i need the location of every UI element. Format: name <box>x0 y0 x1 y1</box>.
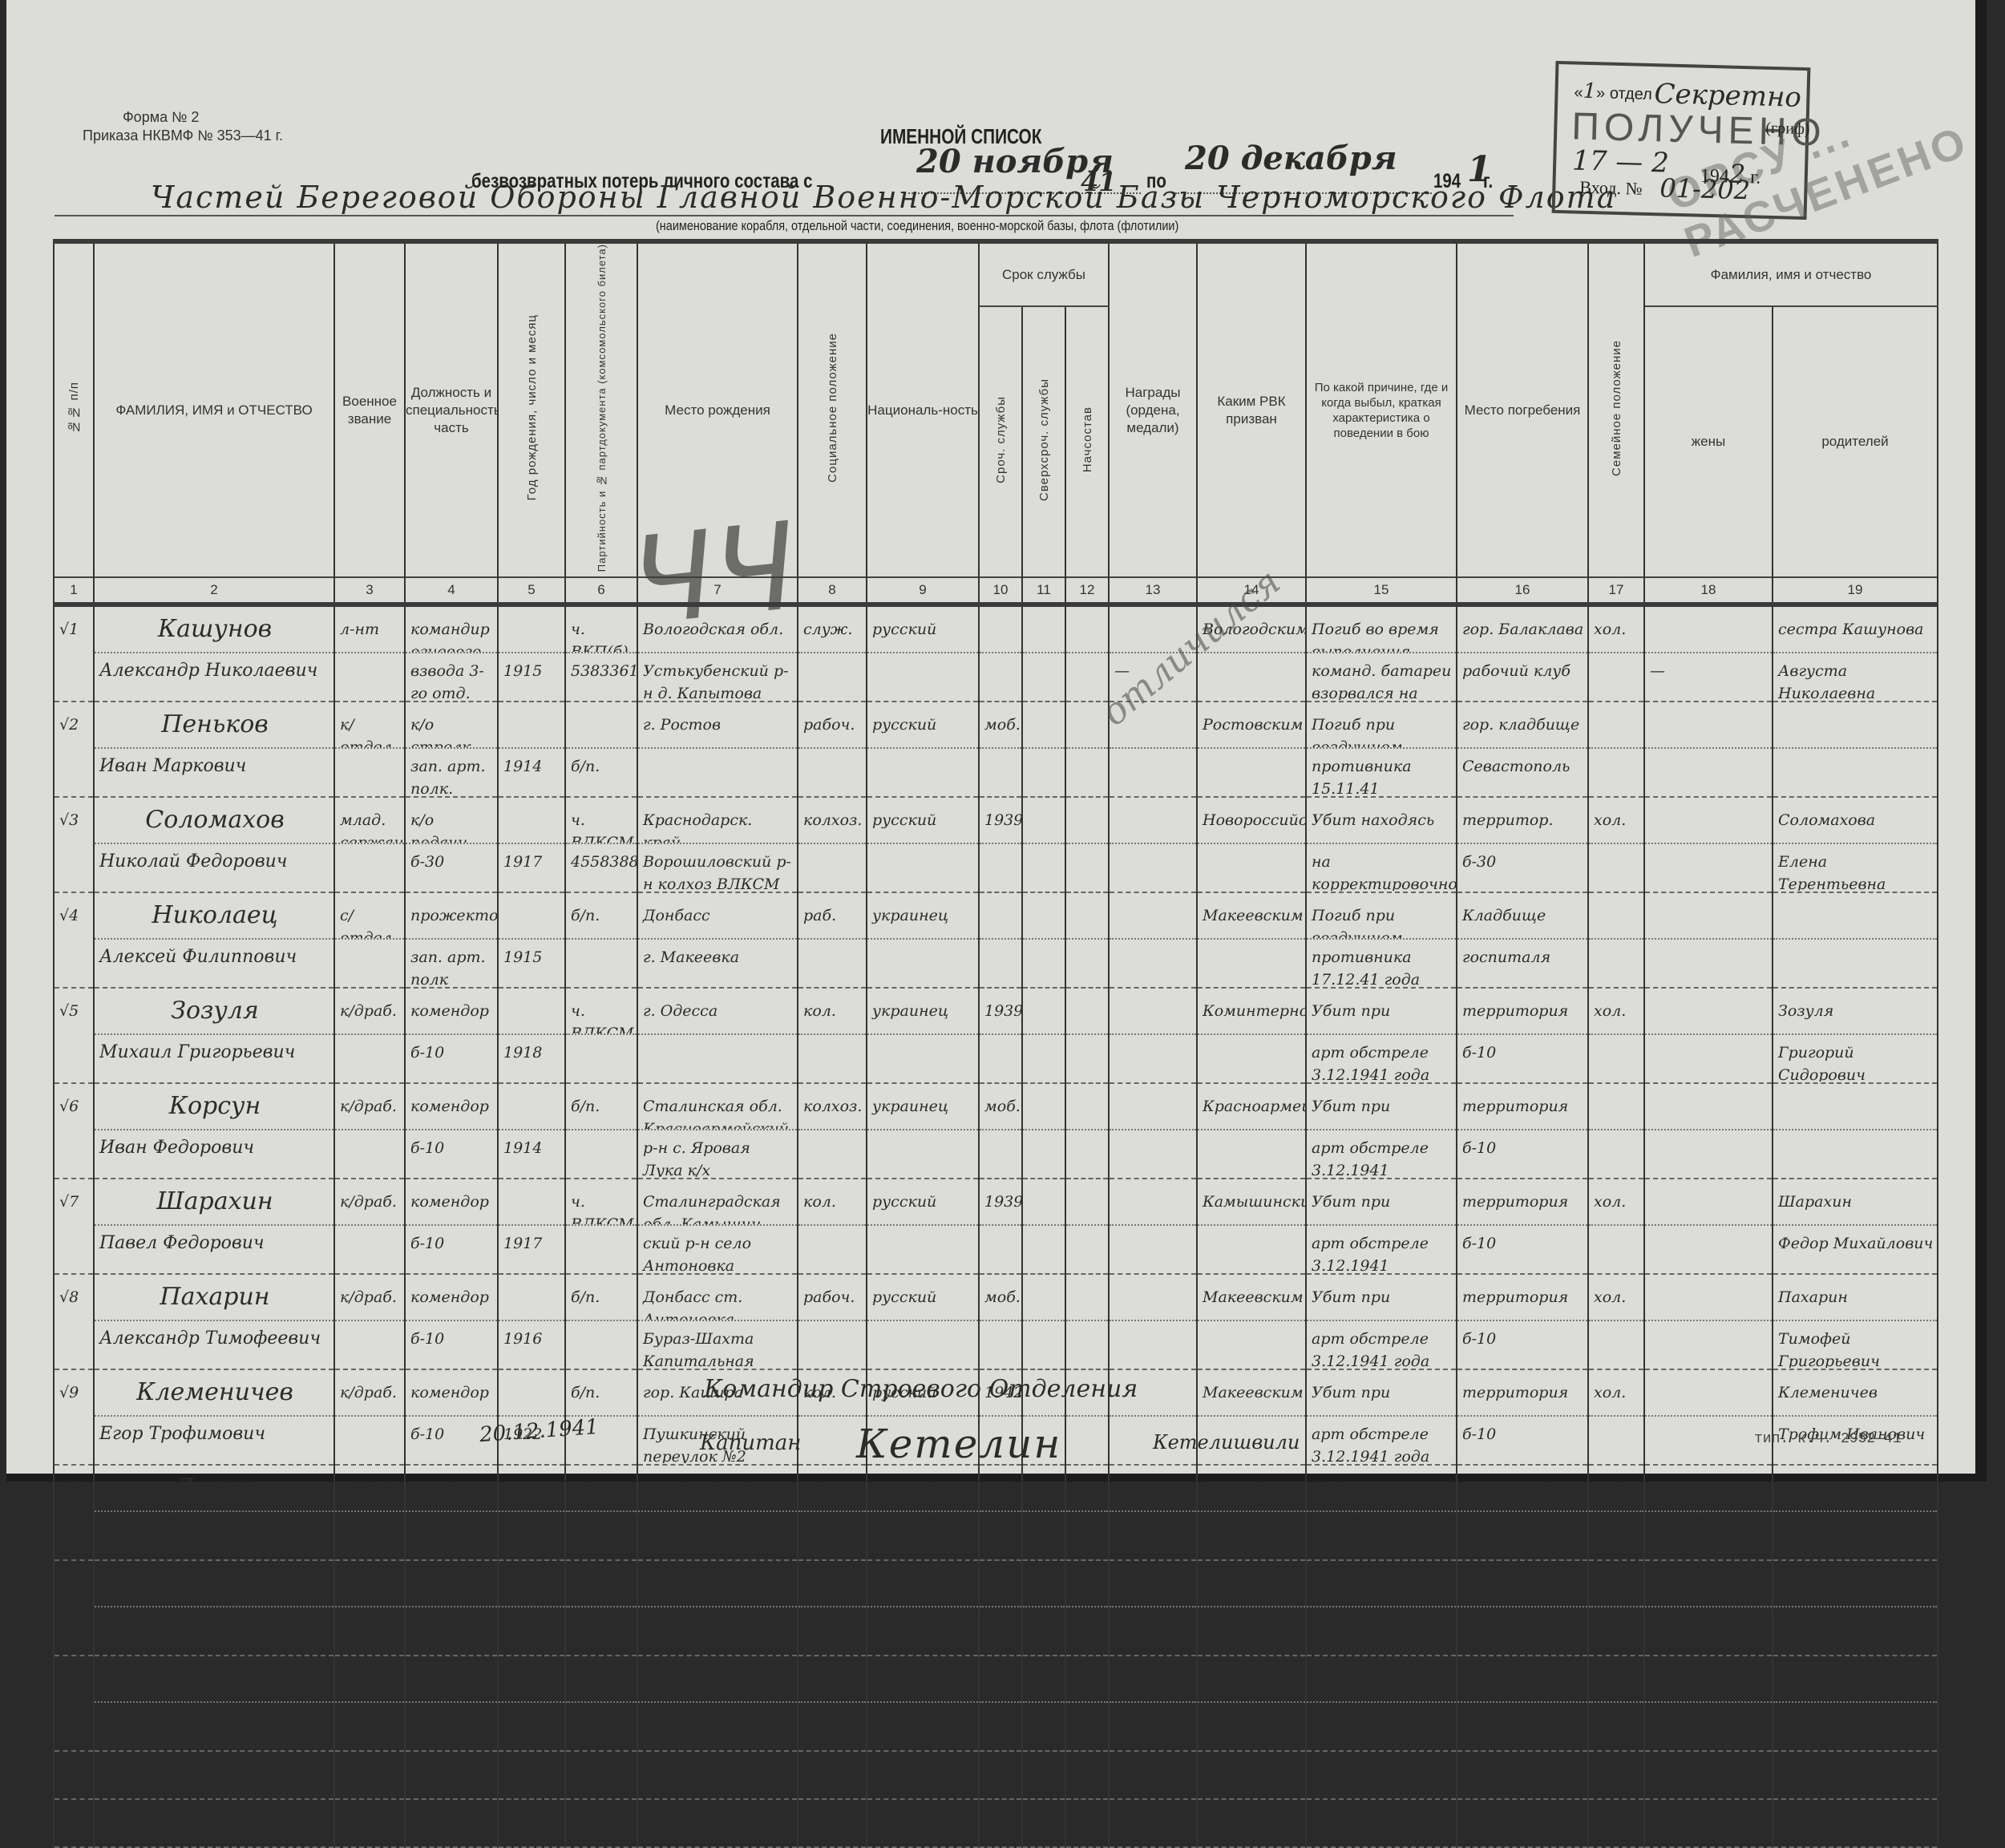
cell-birthplace: гор. ГорловкаДобрищукская 21 <box>637 1465 798 1492</box>
cell-line: Ворошиловский р-н колхоз ВЛКСМ <box>638 844 797 891</box>
cell-line: 1916 <box>499 1321 564 1368</box>
cell-party: б/п. <box>565 702 637 797</box>
cell-line: зап. арт. полк. <box>406 749 497 795</box>
cell-line: комендор <box>406 1084 497 1130</box>
group-header-service: Срок службы <box>979 241 1109 306</box>
cell-line <box>1066 893 1108 940</box>
cell-line <box>1066 1084 1108 1130</box>
cell-line: Убит при <box>1307 989 1456 1035</box>
cell-line: ч. ВЛКСМ <box>566 989 637 1035</box>
cell-line: Елена Терентьевна <box>1773 844 1937 891</box>
cell-line <box>1198 1321 1305 1368</box>
signature-title: Командир Строевого Отделения <box>704 1375 1138 1403</box>
cell-line <box>1066 1321 1108 1368</box>
cell-family: хол. <box>1588 1274 1644 1369</box>
cell-line <box>1023 607 1065 653</box>
cell-line: хол. <box>1589 1370 1643 1417</box>
cell-line: г. Ростов <box>638 702 797 749</box>
col-num: 5 <box>498 577 565 605</box>
cell-line: Горловским <box>1198 1466 1305 1492</box>
cell-line: Убит находясь <box>1307 798 1456 844</box>
cell-line <box>867 940 978 986</box>
cell-line <box>980 1321 1021 1368</box>
cell-idx: √3 <box>54 797 94 892</box>
margin-mark: ЧЧ <box>625 497 803 653</box>
col-header-9: Националь-ность <box>867 241 979 577</box>
cell-line <box>1645 702 1772 749</box>
cell-line: Августа Николаевна <box>1773 653 1937 700</box>
cell-line: б/п. <box>566 1275 637 1321</box>
cell-line <box>1023 702 1065 749</box>
cell-line: Макеевским <box>1198 893 1305 940</box>
cell-line: кол. <box>798 1179 866 1226</box>
col-header-19: родителей <box>1773 306 1938 577</box>
cell-line <box>55 1035 93 1082</box>
cell-line <box>1589 1130 1643 1177</box>
cell-c10: моб. <box>979 1274 1022 1369</box>
cell-line: команд. батареи взорвался на минированно… <box>1307 653 1456 700</box>
cell-c11 <box>1022 605 1065 702</box>
cell-rvk: Макеевским <box>1197 1274 1306 1369</box>
cell-burial: гор. Балаклаварабочий клуб <box>1457 605 1588 702</box>
cell-line <box>1645 1179 1772 1226</box>
stamp-date: 17 — 2 <box>1572 144 1670 179</box>
cell-line: 4558388 <box>566 844 637 891</box>
cell-line: гор. кладбище <box>1457 702 1587 749</box>
cell-line <box>566 1226 637 1272</box>
cell-parents <box>1773 1083 1938 1179</box>
cell-idx: √5 <box>54 988 94 1083</box>
cell-parents <box>1773 702 1938 797</box>
cell-line <box>867 1130 978 1177</box>
cell-line <box>980 607 1021 653</box>
cell-party: ч. ВЛКСМ <box>565 1179 637 1274</box>
cell-line: Убит при <box>1307 1179 1456 1226</box>
cell-line: рабоч. <box>798 1275 866 1321</box>
cell-line: хол. <box>1589 1275 1643 1321</box>
col-num: 19 <box>1773 577 1938 605</box>
surname: Пахарин <box>95 1275 333 1321</box>
cell-line: Григорий Сидорович <box>1773 1035 1937 1082</box>
cell-c12 <box>1065 1083 1109 1179</box>
cell-reason: Убит приарт обстреле 3.12.1941 <box>1306 1179 1457 1274</box>
cell-line <box>1589 702 1643 749</box>
cell-c12 <box>1065 702 1109 797</box>
cell-line: хол. <box>1589 1179 1643 1226</box>
cell-line: г. Одесса <box>638 989 797 1035</box>
cell-line: колхоз. <box>798 1084 866 1130</box>
cell-name: ЛысакНиколай Федорович <box>94 1465 334 1492</box>
cell-line <box>1589 1321 1643 1368</box>
cell-line <box>1110 989 1196 1035</box>
cell-reason: Убит находясьна корректировочном посту 2… <box>1306 797 1457 892</box>
cell-line <box>1110 749 1196 795</box>
cell-nationality: русский <box>867 1274 979 1369</box>
cell-nationality: украинец <box>867 892 979 988</box>
cell-line <box>1589 749 1643 795</box>
cell-parents <box>1773 892 1938 988</box>
cell-line: √2 <box>55 702 93 749</box>
cell-line <box>1110 1466 1196 1492</box>
cell-line: на корректировочном посту 25.11.41 года <box>1307 844 1456 891</box>
cell-line <box>1023 1179 1065 1226</box>
surname: Клеменичев <box>95 1370 333 1417</box>
cell-line: 1939 <box>980 798 1021 844</box>
cell-c12 <box>1065 1465 1109 1492</box>
col-num: 10 <box>979 577 1022 605</box>
cell-position: комендорб-10 <box>405 1274 498 1369</box>
cell-line: ский р-н село Антоновка <box>638 1226 797 1272</box>
cell-birthplace: Сталинская обл. Красноармейскийр-н с. Яр… <box>637 1083 798 1179</box>
cell-reason: Убит приарт обстреле 3.12.1941 года <box>1306 988 1457 1083</box>
group-header-names: Фамилия, имя и отчество <box>1644 241 1938 306</box>
cell-birthplace: Краснодарск. крайВорошиловский р-н колхо… <box>637 797 798 892</box>
stamp-incoming-number: 01-202 <box>1659 172 1751 205</box>
cell-line <box>1645 844 1772 891</box>
cell-line <box>1066 989 1108 1035</box>
cell-reason: Погиб во время выполнения заданиякоманд.… <box>1306 605 1457 702</box>
check-mark-icon: √ <box>59 1384 69 1401</box>
cell-party: ч. ВКП(б)5383361 <box>565 605 637 702</box>
row-number: 6 <box>69 1098 79 1115</box>
cell-line: арт обстреле 3.12.1941 <box>1307 1226 1456 1272</box>
cell-line <box>1645 940 1772 986</box>
cell-line: 1915 <box>499 940 564 986</box>
row-number: 9 <box>69 1384 79 1401</box>
unit-caption: (наименование корабля, отдельной части, … <box>656 218 1178 234</box>
cell-family: хол. <box>1588 1179 1644 1274</box>
cell-idx: √1 <box>54 605 94 702</box>
cell-line: противника 17.12.41 года <box>1307 940 1456 986</box>
cell-line <box>1589 1084 1643 1130</box>
cell-name: КлеменичевЕгор Трофимович <box>94 1369 334 1465</box>
cell-position: к/о подачиб-30 <box>405 797 498 892</box>
cell-line: русский <box>867 1179 978 1226</box>
cell-line: госпиталя <box>1457 940 1587 986</box>
cell-line <box>1645 1466 1772 1492</box>
cell-line <box>1023 844 1065 891</box>
cell-line: р-н с. Яровая Лука к/х Ворошилова <box>638 1130 797 1177</box>
surname: Пеньков <box>95 702 333 749</box>
cell-name: СоломаховНиколай Федорович <box>94 797 334 892</box>
cell-born: 1916 <box>498 1274 565 1369</box>
cell-social: колхоз. <box>798 797 867 892</box>
cell-c10 <box>979 892 1022 988</box>
cell-social: рабоч. <box>798 1274 867 1369</box>
cell-c12 <box>1065 988 1109 1083</box>
cell-line <box>1023 1466 1065 1492</box>
cell-line <box>55 653 93 700</box>
form-order: Приказа НКВМФ № 353—41 г. <box>83 127 283 145</box>
cell-c12 <box>1065 1179 1109 1274</box>
cell-line: √8 <box>55 1275 93 1321</box>
cell-rank: к/драб. <box>334 1083 405 1179</box>
given-name: Павел Федорович <box>95 1226 333 1272</box>
cell-line <box>980 749 1021 795</box>
cell-line <box>335 653 404 700</box>
cell-line: хол. <box>1589 798 1643 844</box>
cell-reason: Убит приарт обстреле 3.12.1941 года <box>1306 1369 1457 1465</box>
cell-c10: 1939 <box>979 797 1022 892</box>
cell-line: б/п. <box>566 1370 637 1417</box>
cell-parents: ЗозуляГригорий Сидорович <box>1773 988 1938 1083</box>
cell-line: б-10 <box>406 1321 497 1368</box>
cell-line <box>55 1130 93 1177</box>
cell-line <box>867 749 978 795</box>
col-header-11: Сверхсроч. службы <box>1022 306 1065 577</box>
cell-line: б/п. <box>566 749 637 795</box>
cell-line <box>55 844 93 891</box>
cell-position: командир огневоговзвода 3-го отд. <box>405 605 498 702</box>
cell-line <box>1773 893 1937 940</box>
cell-party: ч. ВЛКСМ4558388 <box>565 797 637 892</box>
cell-line <box>335 1035 404 1082</box>
cell-line <box>499 1179 564 1226</box>
cell-rvk: Новороссийским <box>1197 797 1306 892</box>
table-row: √5ЗозуляМихаил Григорьевичк/драб.комендо… <box>54 988 1938 1083</box>
check-mark-icon: √ <box>59 811 69 829</box>
cell-line <box>1110 1275 1196 1321</box>
cell-born: 1915 <box>498 605 565 702</box>
cell-rank: млад. сержант <box>334 797 405 892</box>
cell-parents: ШарахинФедор Михайлович <box>1773 1179 1938 1274</box>
cell-line <box>867 1321 978 1368</box>
signature-name: Кетелишвили <box>1153 1431 1300 1454</box>
stamp-dept: «1» отдел <box>1574 79 1652 105</box>
period-to-date: 20 декабря <box>1185 140 1397 177</box>
cell-rvk: Коминтерновским <box>1197 988 1306 1083</box>
cell-family: хол. <box>1588 988 1644 1083</box>
cell-line: территория <box>1457 1275 1587 1321</box>
given-name: Николай Федорович <box>95 844 333 891</box>
signature: Кетелин <box>856 1421 1061 1467</box>
cell-social: колхоз. <box>798 1083 867 1179</box>
cell-line <box>499 1084 564 1130</box>
cell-rank: л-нт <box>334 605 405 702</box>
cell-rank: к/отдел. <box>334 702 405 797</box>
cell-line: рабоч. <box>798 702 866 749</box>
cell-line <box>566 1130 637 1177</box>
cell-line <box>1066 1035 1108 1082</box>
cell-line <box>1589 1417 1643 1463</box>
cell-line <box>1645 1226 1772 1272</box>
col-header-14: Каким РВК призван <box>1197 241 1306 577</box>
cell-line <box>980 1226 1021 1272</box>
row-number: 4 <box>69 907 79 924</box>
cell-line: б-10 <box>406 1130 497 1177</box>
cell-c12 <box>1065 892 1109 988</box>
cell-line <box>1589 940 1643 986</box>
cell-c10 <box>979 605 1022 702</box>
cell-family <box>1588 702 1644 797</box>
cell-line <box>798 940 866 986</box>
cell-line <box>980 1035 1021 1082</box>
cell-parents: ПахаринТимофей Григорьевич <box>1773 1274 1938 1369</box>
cell-position: комендорб-10 <box>405 1083 498 1179</box>
cell-line: б-30 <box>406 844 497 891</box>
cell-line: сестра Кашунова <box>1773 607 1937 653</box>
cell-birthplace: г. Ростов <box>637 702 798 797</box>
surname: Шарахин <box>95 1179 333 1226</box>
col-header-5: Год рождения, число и месяц <box>498 241 565 577</box>
cell-line <box>1066 798 1108 844</box>
cell-line: Пахарин <box>1773 1275 1937 1321</box>
check-mark-icon: √ <box>59 716 69 734</box>
cell-line: арт обстреле 3.12.1941 <box>1307 1130 1456 1177</box>
header-row: №№ п/п ФАМИЛИЯ, ИМЯ и ОТЧЕСТВО Военное з… <box>54 241 1938 306</box>
cell-line <box>980 653 1021 700</box>
cell-c12 <box>1065 1274 1109 1369</box>
cell-awards <box>1109 988 1197 1083</box>
cell-awards <box>1109 1179 1197 1274</box>
cell-c10: моб. <box>979 1083 1022 1179</box>
cell-birthplace: Сталинградская обл. Камышин-ский р-н сел… <box>637 1179 798 1274</box>
check-mark-icon: √ <box>59 1002 69 1020</box>
cell-position: к/о стрелк.зап. арт. полк. <box>405 702 498 797</box>
cell-line: арт обстреле 3.12.1941 года <box>1307 1321 1456 1368</box>
cell-line <box>1198 1130 1305 1177</box>
column-number-row: 1 2 3 4 5 6 7 8 9 10 11 12 13 14 15 16 1… <box>54 577 1938 605</box>
cell-line <box>798 1130 866 1177</box>
cell-rank: к/драб. <box>334 1179 405 1274</box>
cell-reason: Убит приарт. обстреле 3.12.1941 г. <box>1306 1465 1457 1492</box>
cell-birthplace: Донбасс ст. Антоновка рудникБураз-Шахта … <box>637 1274 798 1369</box>
cell-line: территория <box>1457 1179 1587 1226</box>
cell-line <box>1023 1226 1065 1272</box>
cell-social: раб. <box>798 892 867 988</box>
cell-wife: — <box>1644 605 1773 702</box>
cell-line: командир огневого <box>406 607 497 653</box>
cell-line <box>1645 1084 1772 1130</box>
cell-line <box>1589 893 1643 940</box>
cell-wife <box>1644 988 1773 1083</box>
cell-awards <box>1109 892 1197 988</box>
cell-position: комендорб-10 <box>405 988 498 1083</box>
cell-line <box>566 1035 637 1082</box>
cell-party: б/п. <box>565 892 637 988</box>
cell-line: √4 <box>55 893 93 940</box>
given-name: Иван Федорович <box>95 1130 333 1177</box>
col-num: 15 <box>1306 577 1457 605</box>
document-sheet: Форма № 2 Приказа НКВМФ № 353—41 г. ИМЕН… <box>6 0 1987 1482</box>
col-num: 9 <box>867 577 979 605</box>
cell-line <box>1110 1226 1196 1272</box>
cell-line <box>1023 1035 1065 1082</box>
cell-line: с/отдел. <box>335 893 404 940</box>
cell-born: 1914 <box>498 1083 565 1179</box>
cell-born: 1917 <box>498 1179 565 1274</box>
cell-line <box>980 1130 1021 1177</box>
col-num: 4 <box>405 577 498 605</box>
table-row: √10ЛысакНиколай Федоровичк/драб.строев.б… <box>54 1465 1938 1492</box>
cell-line: Севастополь <box>1457 749 1587 795</box>
cell-c12 <box>1065 797 1109 892</box>
cell-line <box>1589 1226 1643 1272</box>
col-num: 17 <box>1588 577 1644 605</box>
form-number: Форма № 2 <box>83 108 283 127</box>
cell-line: б/п. <box>566 1466 637 1492</box>
cell-name: ЗозуляМихаил Григорьевич <box>94 988 334 1083</box>
cell-line <box>1110 1084 1196 1130</box>
row-number: 8 <box>69 1288 79 1306</box>
cell-born: 1917 <box>498 797 565 892</box>
col-num: 3 <box>334 577 405 605</box>
check-mark-icon: √ <box>59 1288 69 1306</box>
cell-idx: √9 <box>54 1369 94 1465</box>
unit-field: Частей Береговой Обороны Главной Военно-… <box>55 175 1514 216</box>
cell-party: ч. ВЛКСМ <box>565 988 637 1083</box>
cell-line: хол. <box>1589 607 1643 653</box>
cell-line <box>499 893 564 940</box>
stamp-incoming-label: Вход. № <box>1579 177 1643 200</box>
cell-c11 <box>1022 1179 1065 1274</box>
cell-line: строев. <box>406 1466 497 1492</box>
cell-rank: к/драб. <box>334 1274 405 1369</box>
col-header-10: Сроч. службы <box>979 306 1022 577</box>
cell-line <box>1198 749 1305 795</box>
cell-line <box>1645 1370 1772 1417</box>
cell-line: Убит при <box>1307 1370 1456 1417</box>
cell-line: противника 15.11.41 <box>1307 749 1456 795</box>
cell-line: Ростовским <box>1198 702 1305 749</box>
cell-line: раб. <box>798 893 866 940</box>
cell-line: русский <box>867 607 978 653</box>
cell-line <box>638 749 797 795</box>
cell-line <box>1198 844 1305 891</box>
check-mark-icon: √ <box>59 907 69 924</box>
col-header-16: Место погребения <box>1457 241 1588 577</box>
cell-family <box>1588 1083 1644 1179</box>
col-header-1: №№ п/п <box>54 241 94 577</box>
cell-line: 1914 <box>499 749 564 795</box>
cell-burial: территорияб-10 <box>1457 1274 1588 1369</box>
cell-line: Сталинградская обл. Камышин- <box>638 1179 797 1226</box>
cell-line: к/отдел. <box>335 702 404 749</box>
cell-line: прожекторист <box>406 893 497 940</box>
cell-line <box>1645 1130 1772 1177</box>
row-number: 7 <box>69 1193 79 1211</box>
cell-rvk: Камышинским <box>1197 1179 1306 1274</box>
cell-line <box>1198 1035 1305 1082</box>
check-mark-icon: √ <box>59 621 69 638</box>
cell-line: г. Макеевка <box>638 940 797 986</box>
cell-nationality: русский <box>867 1465 979 1492</box>
cell-awards <box>1109 797 1197 892</box>
cell-line <box>499 1370 564 1417</box>
cell-line: русский <box>867 1466 978 1492</box>
cell-line <box>1023 798 1065 844</box>
cell-reason: Погиб при воздушном налетепротивника 17.… <box>1306 892 1457 988</box>
cell-line: Кладбище <box>1457 893 1587 940</box>
col-num: 2 <box>94 577 334 605</box>
cell-line: б-10 <box>406 1226 497 1272</box>
given-name: Иван Маркович <box>95 749 333 795</box>
cell-line <box>1645 989 1772 1035</box>
cell-line <box>1023 1321 1065 1368</box>
cell-rank: с/отдел. <box>334 892 405 988</box>
cell-c10: 1939 <box>979 988 1022 1083</box>
table-row: √1КашуновАлександр Николаевичл-нткоманди… <box>54 605 1938 702</box>
cell-line <box>335 1321 404 1368</box>
cell-line: Бураз-Шахта Капитальная <box>638 1321 797 1368</box>
cell-line <box>1645 607 1772 653</box>
cell-line <box>55 1321 93 1368</box>
cell-line: √3 <box>55 798 93 844</box>
cell-line <box>499 1466 564 1492</box>
cell-line: 1918 <box>499 1035 564 1082</box>
cell-line: ч. ВКП(б) <box>566 607 637 653</box>
cell-line: Макеевским <box>1198 1275 1305 1321</box>
